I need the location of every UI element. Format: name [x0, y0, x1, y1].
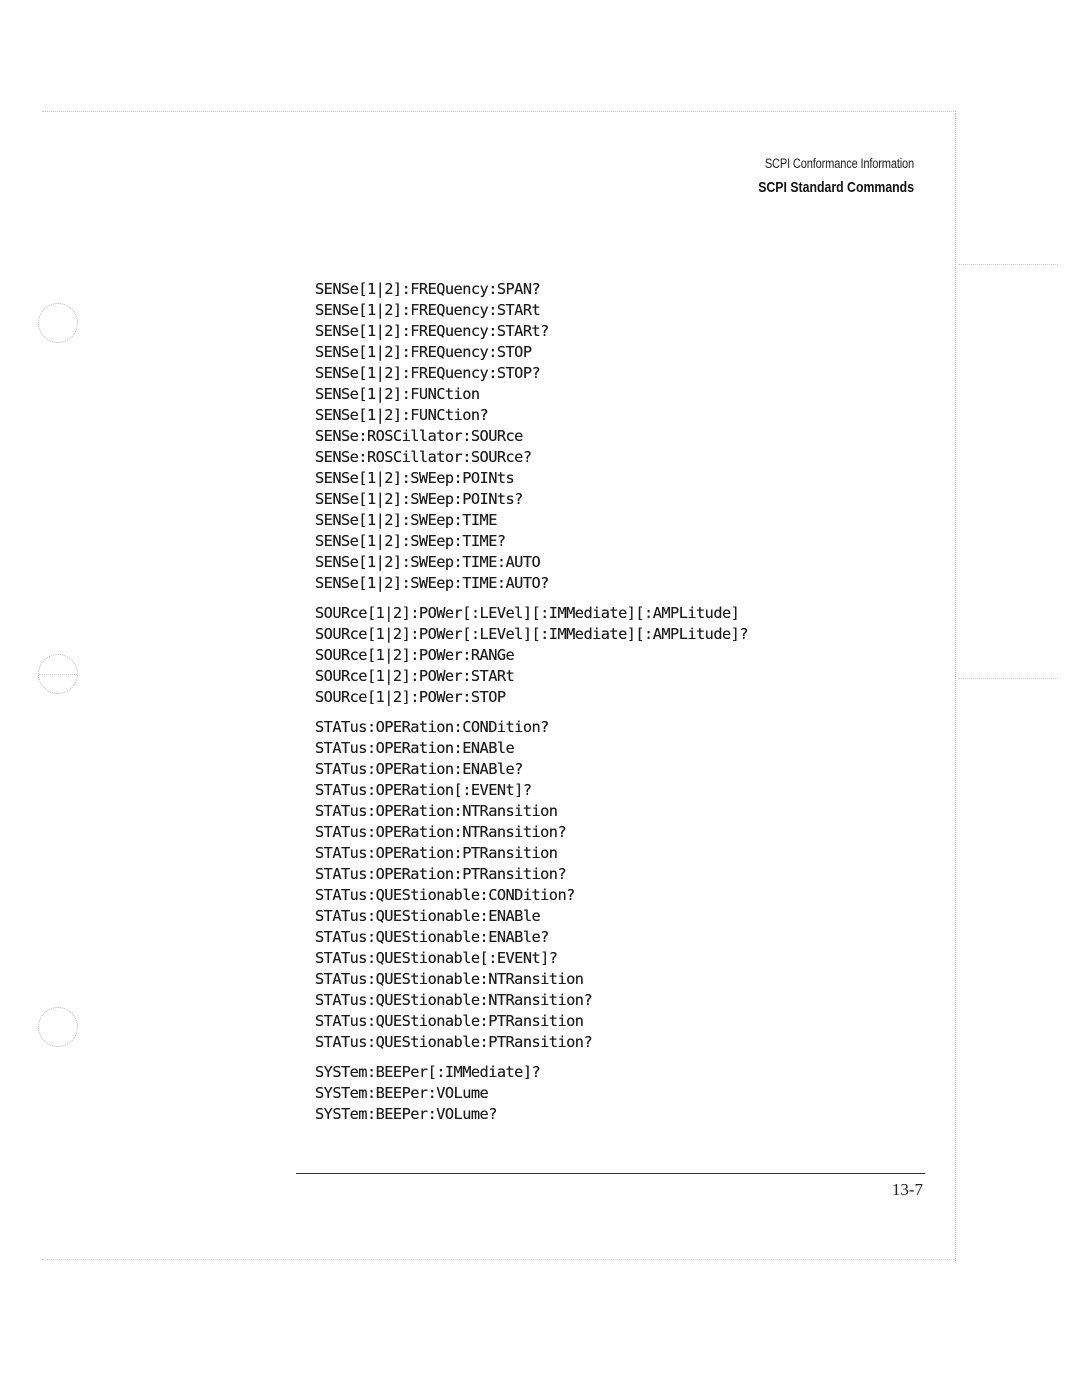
command-item: STATus:OPERation:NTRansition?: [315, 822, 748, 843]
command-item: SOURce[1|2]:POWer:STARt: [315, 666, 748, 687]
command-item: SENSe:ROSCillator:SOURce: [315, 426, 748, 447]
command-item: SENSe[1|2]:SWEep:TIME: [315, 510, 748, 531]
scan-page-edge-top: [42, 111, 956, 112]
command-item: SENSe[1|2]:FREQuency:STOP?: [315, 363, 748, 384]
command-item: SENSe[1|2]:FREQuency:STARt?: [315, 321, 748, 342]
command-item: STATus:QUEStionable:PTRansition: [315, 1011, 748, 1032]
command-item: SENSe[1|2]:FUNCtion?: [315, 405, 748, 426]
section-title: SCPI Standard Commands: [758, 176, 914, 200]
chapter-title: SCPI Conformance Information: [758, 154, 914, 174]
command-item: SENSe:ROSCillator:SOURce?: [315, 447, 748, 468]
command-item: SOURce[1|2]:POWer:STOP: [315, 687, 748, 708]
command-item: STATus:QUEStionable:CONDition?: [315, 885, 748, 906]
command-item: SENSe[1|2]:SWEep:TIME:AUTO?: [315, 573, 748, 594]
command-item: SOURce[1|2]:POWer[:LEVel][:IMMediate][:A…: [315, 624, 748, 645]
command-item: SENSe[1|2]:SWEep:POINts?: [315, 489, 748, 510]
scan-page-edge-right: [955, 113, 956, 1261]
command-item: STATus:OPERation:PTRansition?: [315, 864, 748, 885]
command-item: SYSTem:BEEPer:VOLume?: [315, 1104, 748, 1125]
command-item: SOURce[1|2]:POWer[:LEVel][:IMMediate][:A…: [315, 603, 748, 624]
command-item: SENSe[1|2]:FREQuency:STOP: [315, 342, 748, 363]
command-group-sense: SENSe[1|2]:FREQuency:SPAN?SENSe[1|2]:FRE…: [315, 279, 748, 594]
command-item: SENSe[1|2]:SWEep:TIME:AUTO: [315, 552, 748, 573]
command-item: STATus:OPERation:ENABle?: [315, 759, 748, 780]
command-item: STATus:QUEStionable:ENABle?: [315, 927, 748, 948]
punch-hole-icon: [38, 1007, 78, 1047]
command-item: SENSe[1|2]:FREQuency:SPAN?: [315, 279, 748, 300]
command-item: STATus:OPERation[:EVENt]?: [315, 780, 748, 801]
command-item: SENSe[1|2]:SWEep:POINts: [315, 468, 748, 489]
command-item: STATus:OPERation:ENABle: [315, 738, 748, 759]
command-item: SYSTem:BEEPer:VOLume: [315, 1083, 748, 1104]
command-item: STATus:OPERation:PTRansition: [315, 843, 748, 864]
command-item: STATus:OPERation:NTRansition: [315, 801, 748, 822]
command-item: STATus:QUEStionable[:EVENt]?: [315, 948, 748, 969]
command-group-system: SYSTem:BEEPer[:IMMediate]?SYSTem:BEEPer:…: [315, 1062, 748, 1125]
command-item: STATus:QUEStionable:ENABle: [315, 906, 748, 927]
command-group-status: STATus:OPERation:CONDition?STATus:OPERat…: [315, 717, 748, 1053]
command-item: SYSTem:BEEPer[:IMMediate]?: [315, 1062, 748, 1083]
command-group-source: SOURce[1|2]:POWer[:LEVel][:IMMediate][:A…: [315, 603, 748, 708]
punch-hole-icon: [38, 654, 78, 694]
command-item: SENSe[1|2]:FREQuency:STARt: [315, 300, 748, 321]
footer-rule: [296, 1173, 925, 1174]
command-item: STATus:OPERation:CONDition?: [315, 717, 748, 738]
command-item: STATus:QUEStionable:PTRansition?: [315, 1032, 748, 1053]
punch-hole-icon: [38, 303, 78, 343]
command-item: SENSe[1|2]:FUNCtion: [315, 384, 748, 405]
command-item: SOURce[1|2]:POWer:RANGe: [315, 645, 748, 666]
page-number: 13-7: [892, 1180, 923, 1200]
scan-artifact-line: [958, 678, 1058, 679]
scan-artifact-line: [958, 264, 1058, 265]
running-header: SCPI Conformance Information SCPI Standa…: [724, 154, 914, 200]
command-item: SENSe[1|2]:SWEep:TIME?: [315, 531, 748, 552]
command-item: STATus:QUEStionable:NTRansition?: [315, 990, 748, 1011]
command-item: STATus:QUEStionable:NTRansition: [315, 969, 748, 990]
scpi-command-list: SENSe[1|2]:FREQuency:SPAN?SENSe[1|2]:FRE…: [315, 279, 748, 1134]
scan-page-edge-bottom: [42, 1259, 956, 1260]
